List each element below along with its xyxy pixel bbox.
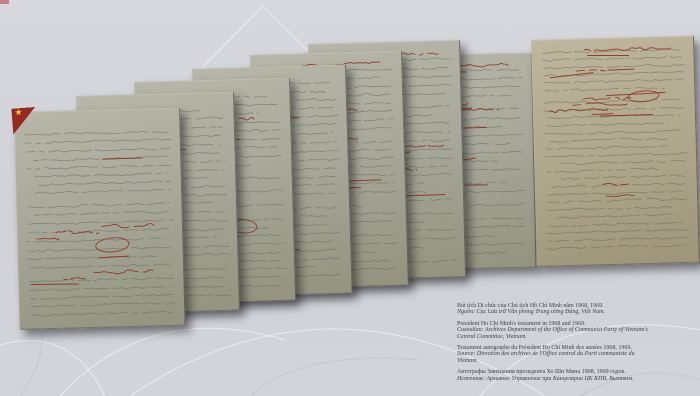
caption-french-source: Source: Direction des archives de l'Offi… <box>457 351 635 363</box>
exhibit-photo-plate: ★ Bút tích Di chúc của Chủ tịch Hồ Chí M… <box>0 0 700 396</box>
caption-vietnamese-source: Nguồn: Cục Lưu trữ Văn phòng Trung ương … <box>457 309 605 315</box>
photo-corner-artifact <box>0 0 9 4</box>
caption-english-title: President Ho Chi Minh's testament in 196… <box>457 321 586 327</box>
caption-vietnamese: Bút tích Di chúc của Chủ tịch Hồ Chí Min… <box>457 303 657 316</box>
caption-english-source: Custodian: Archives Department of the Of… <box>457 327 648 339</box>
manuscript-page-1: ★ <box>14 108 186 330</box>
caption-block: Bút tích Di chúc của Chủ tịch Hồ Chí Min… <box>457 303 657 387</box>
caption-russian-source: Источник: Архивное Управление при Канцел… <box>457 376 634 382</box>
caption-french: Testament autographe du Président Ho Chi… <box>457 345 657 364</box>
caption-russian: Автографы Завещания президента Хо Ши Мин… <box>457 369 657 382</box>
manuscript-page-8 <box>531 36 700 267</box>
star-icon: ★ <box>14 108 23 119</box>
caption-english: President Ho Chi Minh's testament in 196… <box>457 321 657 340</box>
caption-russian-title: Автографы Завещания президента Хо Ши Мин… <box>457 369 626 375</box>
